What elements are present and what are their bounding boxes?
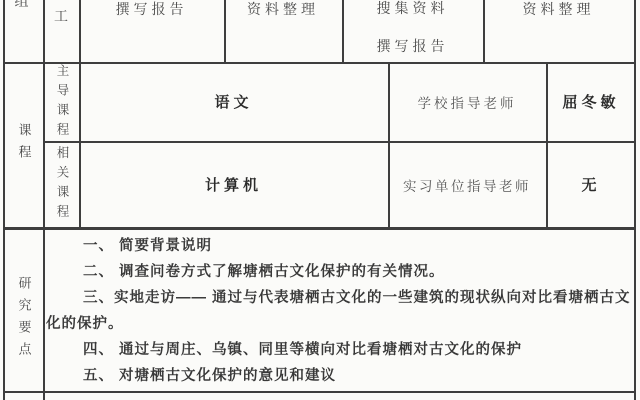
unit-advisor-value-text: 无 xyxy=(581,174,600,195)
section-label-course: 课程 xyxy=(5,64,43,225)
task-cell-collect-and-write: 搜集资料 撰写报告 xyxy=(344,0,481,54)
research-section-label-text: 研究要点 xyxy=(15,276,34,364)
research-point-1: 一、 简要背景说明 xyxy=(46,233,634,259)
work-fragment-text: 工 xyxy=(54,6,68,26)
related-course-value-cell: 计算机 xyxy=(81,142,386,227)
task-cell-write-report: 撰写报告 xyxy=(81,0,222,18)
school-advisor-value-text: 屈冬敏 xyxy=(562,91,619,112)
task-text: 资料整理 xyxy=(247,0,319,19)
research-point-5: 五、 对塘栖古文化保护的意见和建议 xyxy=(46,363,634,389)
main-course-label-cell: 主导课程 xyxy=(45,64,79,142)
section-label-research-points: 研究要点 xyxy=(5,230,43,390)
table-gridline xyxy=(3,391,636,393)
task-text-line-2: 撰写报告 xyxy=(377,39,449,53)
unit-advisor-label-cell: 实习单位指导老师 xyxy=(390,142,544,227)
school-advisor-label-text: 学校指导老师 xyxy=(418,92,517,112)
course-section-label-text: 课程 xyxy=(15,123,34,167)
group-fragment-text: 组 xyxy=(15,0,29,11)
school-advisor-value-cell: 屈冬敏 xyxy=(548,62,634,141)
task-text: 资料整理 xyxy=(523,0,595,19)
row-label-group-fragment: 组 xyxy=(0,0,43,9)
research-point-3: 三、实地走访—— 通过与代表塘栖古文化的一些建筑的现状纵向对比看塘栖古文化的保护… xyxy=(46,285,634,337)
unit-advisor-label-text: 实习单位指导老师 xyxy=(403,175,531,195)
table-gridline xyxy=(3,227,636,230)
related-course-label-text: 相关课程 xyxy=(53,146,71,224)
table-gridline xyxy=(634,0,636,400)
research-point-2: 二、 调查问卷方式了解塘栖古文化保护的有关情况。 xyxy=(46,259,634,285)
research-point-4: 四、 通过与周庄、乌镇、同里等横向对比看塘栖对古文化的保护 xyxy=(46,337,634,363)
task-cell-organize-material: 资料整理 xyxy=(226,0,340,18)
main-course-label-text: 主导课程 xyxy=(53,64,71,142)
school-advisor-label-cell: 学校指导老师 xyxy=(390,62,544,141)
task-text: 撰写报告 xyxy=(116,0,188,19)
row-label-work-fragment: 工 xyxy=(43,8,79,24)
related-course-value-text: 计算机 xyxy=(205,174,262,195)
related-course-label-cell: 相关课程 xyxy=(45,144,79,226)
scanned-form-page: 组 工 撰写报告 资料整理 搜集资料 撰写报告 资料整理 课程 主导课程 语文 … xyxy=(0,0,640,400)
research-points-list: 一、 简要背景说明 二、 调查问卷方式了解塘栖古文化保护的有关情况。 三、实地走… xyxy=(46,233,634,389)
task-text-line-1: 搜集资料 xyxy=(377,1,449,15)
task-cell-organize-material-2: 资料整理 xyxy=(485,0,632,18)
main-course-value-text: 语文 xyxy=(214,91,252,112)
unit-advisor-value-cell: 无 xyxy=(548,142,634,227)
main-course-value-cell: 语文 xyxy=(81,62,386,141)
